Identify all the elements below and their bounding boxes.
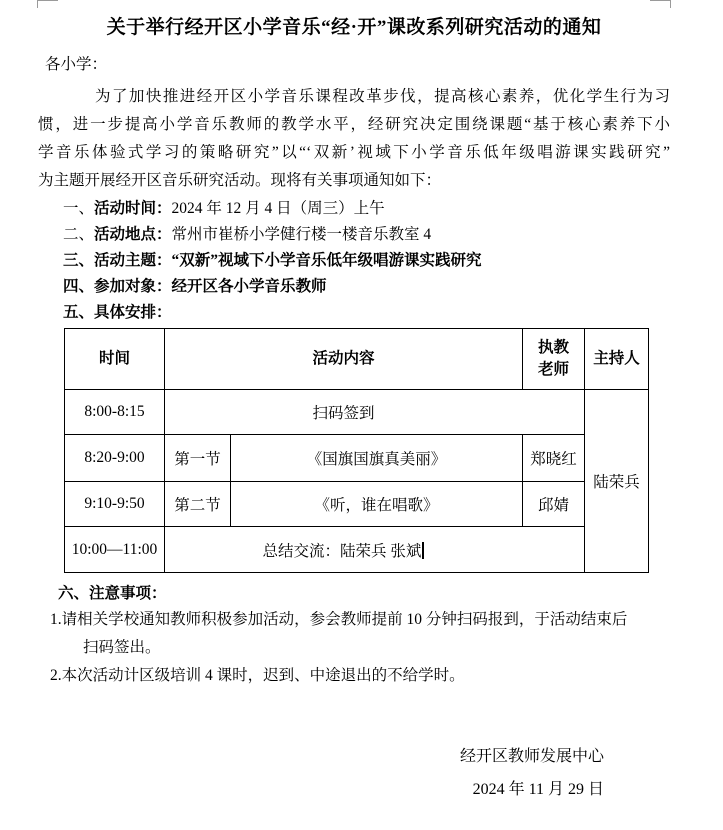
item-value: “双新”视域下小学音乐低年级唱游课实践研究: [172, 252, 482, 269]
item-activity-place: 二、活动地点：常州市崔桥小学健行楼一楼音乐教室 4: [63, 222, 670, 248]
teacher-cell: 邱婧: [523, 482, 585, 527]
signature-org: 经开区教师发展中心: [38, 740, 604, 773]
content-cell: 总结交流：陆荣兵 张斌: [165, 527, 585, 573]
item-activity-time: 一、活动时间：2024 年 12 月 4 日（周三）上午: [63, 196, 670, 222]
item-label: 活动地点：: [94, 226, 172, 243]
item-participants: 四、参加对象：经开区各小学音乐教师: [63, 274, 670, 300]
signature-date: 2024 年 11 月 29 日: [38, 773, 604, 806]
salutation: 各小学：: [45, 54, 670, 76]
text-cursor: [422, 542, 424, 559]
item-number: 五、: [63, 304, 94, 321]
item-number: 三、: [63, 252, 94, 269]
content-cell: 《听，谁在唱歌》: [231, 482, 523, 527]
item-label: 具体安排：: [94, 304, 172, 321]
signature-block: 经开区教师发展中心 2024 年 11 月 29 日: [38, 740, 670, 806]
item-value: 2024 年 12 月 4 日（周三）上午: [172, 200, 385, 217]
item-activity-theme: 三、活动主题：“双新”视域下小学音乐低年级唱游课实践研究: [63, 248, 670, 274]
table-row: 9:10-9:50 第二节 《听，谁在唱歌》 邱婧: [65, 482, 649, 527]
table-header-row: 时间 活动内容 执教 老师 主持人: [65, 329, 649, 390]
intro-line: 学音乐体验式学习的策略研究”以“‘双新’视域下小学音乐低年级唱游课实践研究”: [38, 139, 670, 167]
summary-text: 总结交流：陆荣兵 张斌: [263, 543, 422, 560]
text-boundary-corner-left: [37, 0, 58, 8]
notes-heading: 六、注意事项：: [58, 582, 670, 606]
item-value: 常州市崔桥小学健行楼一楼音乐教室 4: [172, 226, 432, 243]
schedule-table: 时间 活动内容 执教 老师 主持人 8:00-8:15 扫码签到 陆荣兵 8:2…: [64, 328, 649, 573]
content-cell: 扫码签到: [165, 390, 585, 435]
teacher-cell: 郑晓红: [523, 435, 585, 482]
header-content: 活动内容: [165, 329, 523, 390]
time-cell: 9:10-9:50: [65, 482, 165, 527]
item-value: 经开区各小学音乐教师: [172, 278, 327, 295]
note-1-cont: 扫码签出。: [83, 634, 670, 662]
item-label: 活动时间：: [94, 200, 172, 217]
table-row: 8:20-9:00 第一节 《国旗国旗真美丽》 郑晓红: [65, 435, 649, 482]
item-number: 四、: [63, 278, 94, 295]
intro-line: 惯，进一步提高小学音乐教师的教学水平，经研究决定围绕课题“基于核心素养下小: [38, 111, 670, 139]
content-cell: 《国旗国旗真美丽》: [231, 435, 523, 482]
header-host: 主持人: [585, 329, 649, 390]
header-teacher-line1: 执教: [523, 337, 584, 359]
item-label: 参加对象：: [94, 278, 172, 295]
session-cell: 第二节: [165, 482, 231, 527]
item-number: 二、: [63, 226, 94, 243]
time-cell: 8:20-9:00: [65, 435, 165, 482]
intro-line: 为主题开展经开区音乐研究活动。现将有关事项通知如下：: [38, 167, 670, 195]
note-1: 1.请相关学校通知教师积极参加活动，参会教师提前 10 分钟扫码报到，于活动结束…: [50, 606, 670, 634]
time-cell: 8:00-8:15: [65, 390, 165, 435]
time-cell: 10:00—11:00: [65, 527, 165, 573]
text-boundary-corner-right: [650, 0, 671, 8]
item-number: 一、: [63, 200, 94, 217]
header-teacher-line2: 老师: [523, 359, 584, 381]
session-cell: 第一节: [165, 435, 231, 482]
host-cell: 陆荣兵: [585, 390, 649, 573]
note-2: 2.本次活动计区级培训 4 课时，迟到、中途退出的不给学时。: [50, 662, 670, 690]
intro-line: 为了加快推进经开区小学音乐课程改革步伐，提高核心素养，优化学生行为习: [38, 83, 670, 111]
notice-title: 关于举行经开区小学音乐“经·开”课改系列研究活动的通知: [38, 15, 670, 41]
notice-items: 一、活动时间：2024 年 12 月 4 日（周三）上午 二、活动地点：常州市崔…: [63, 196, 670, 326]
header-teacher: 执教 老师: [523, 329, 585, 390]
table-row: 8:00-8:15 扫码签到 陆荣兵: [65, 390, 649, 435]
table-row: 10:00—11:00 总结交流：陆荣兵 张斌: [65, 527, 649, 573]
item-arrangement: 五、具体安排：: [63, 300, 670, 326]
document-page[interactable]: 关于举行经开区小学音乐“经·开”课改系列研究活动的通知 各小学： 为了加快推进经…: [0, 0, 723, 830]
header-time: 时间: [65, 329, 165, 390]
item-label: 活动主题：: [94, 252, 172, 269]
intro-paragraph: 为了加快推进经开区小学音乐课程改革步伐，提高核心素养，优化学生行为习 惯，进一步…: [38, 83, 670, 195]
